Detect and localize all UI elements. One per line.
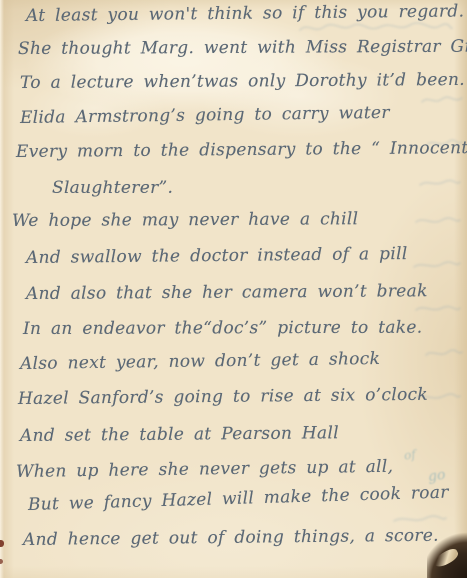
handwritten-line: At least you won't think so if this you … <box>26 3 464 25</box>
handwritten-line: But we fancy Hazel will make the cook ro… <box>28 485 449 514</box>
torn-corner <box>427 532 467 578</box>
handwritten-line: To a lecture when’twas only Dorothy it’d… <box>20 72 465 92</box>
handwritten-line: When up here she never gets up at all, <box>16 459 394 481</box>
handwritten-line: Elida Armstrong’s going to carry water <box>20 105 390 127</box>
handwritten-line: And swallow the doctor instead of a pill <box>26 246 408 267</box>
handwritten-line: And hence get out of doing things, a sco… <box>23 528 439 549</box>
screenshot-root: { "document": { "kind": "handwritten not… <box>0 0 467 578</box>
handwritten-line: Every morn to the dispensary to the “ In… <box>16 140 467 161</box>
handwritten-line: And set the table at Pearson Hall <box>20 425 339 445</box>
handwritten-line: We hope she may never have a chill <box>12 211 358 230</box>
handwritten-line: Slaughterer”. <box>52 180 173 197</box>
notebook-page: go of At least you won't think so if thi… <box>0 0 467 578</box>
poem-text: At least you won't think so if this you … <box>0 0 467 578</box>
handwritten-line: Hazel Sanford’s going to rise at six o’c… <box>18 387 428 408</box>
handwritten-line: She thought Marg. went with Miss Registr… <box>18 38 467 58</box>
handwritten-line: And also that she her camera won’t break <box>26 283 428 303</box>
handwritten-line: In an endeavor the“doc’s” picture to tak… <box>23 320 422 338</box>
handwritten-line: Also next year, now don’t get a shock <box>20 351 380 373</box>
